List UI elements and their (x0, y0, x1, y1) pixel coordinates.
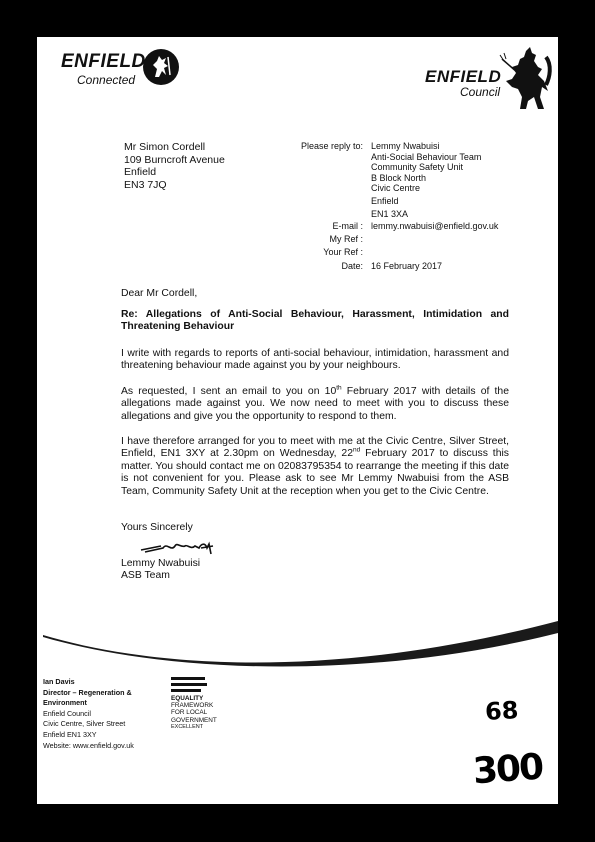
paragraph-2: As requested, I sent an email to you on … (121, 386, 509, 423)
enfield-connected-logo: ENFIELD Connected (61, 49, 201, 99)
enfield-council-logo: ENFIELD Council (420, 47, 555, 113)
recipient-name: Mr Simon Cordell (124, 141, 225, 154)
lion-rampant-icon (498, 47, 556, 113)
footer-title-2: Environment (43, 698, 132, 709)
decorative-swoosh (37, 607, 558, 677)
para2-text-a: As requested, I sent an email to you on … (121, 386, 336, 397)
handwritten-number-bottom: 300 (472, 747, 544, 793)
footer-address-2: Enfield EN1 3XY (43, 730, 132, 741)
footer-name: Ian Davis (43, 677, 132, 688)
recipient-street: 109 Burncroft Avenue (124, 154, 225, 167)
reply-to-address: Lemmy Nwabuisi Anti-Social Behaviour Tea… (371, 141, 481, 219)
footer-org: Enfield Council (43, 709, 132, 720)
equality-framework-badge: Equality Framework for Local Government … (171, 677, 217, 731)
equality-line-2: Framework (171, 702, 217, 709)
salutation: Dear Mr Cordell, (121, 288, 509, 300)
footer-address-1: Civic Centre, Silver Street (43, 719, 132, 730)
date-value: 16 February 2017 (371, 261, 442, 271)
signature-icon (139, 534, 219, 558)
my-ref-label: My Ref : (273, 234, 363, 244)
reply-building: Civic Centre (371, 183, 481, 194)
logo-right-tagline: Council (460, 85, 500, 99)
subject-line: Re: Allegations of Anti-Social Behaviour… (121, 309, 509, 334)
email-value[interactable]: lemmy.nwabuisi@enfield.gov.uk (371, 221, 498, 231)
footer-website[interactable]: Website: www.enfield.gov.uk (43, 741, 134, 750)
logo-left-tagline: Connected (77, 73, 135, 87)
signatory-team: ASB Team (121, 570, 509, 582)
recipient-address: Mr Simon Cordell 109 Burncroft Avenue En… (124, 141, 225, 191)
reply-town: Enfield (371, 196, 481, 207)
equality-line-4: Government (171, 717, 217, 724)
equality-bars-icon (171, 677, 207, 692)
reply-team: Anti-Social Behaviour Team (371, 152, 481, 163)
logo-left-brand: ENFIELD (61, 51, 146, 73)
paragraph-3: I have therefore arranged for you to mee… (121, 436, 509, 498)
closing: Yours Sincerely (121, 522, 509, 534)
footer-title-1: Director – Regeneration & (43, 688, 132, 699)
signatory-name: Lemmy Nwabuisi (121, 558, 509, 570)
letter-page: ENFIELD Connected ENFIELD Council Mr Sim… (37, 37, 558, 804)
equality-line-3: for Local (171, 709, 217, 716)
reply-block: B Block North (371, 173, 481, 184)
footer-contact: Ian Davis Director – Regeneration & Envi… (43, 677, 132, 740)
equality-line-1: Equality (171, 695, 217, 702)
logo-right-brand: ENFIELD (425, 67, 501, 87)
email-label: E-mail : (273, 221, 363, 231)
paragraph-1: I write with regards to reports of anti-… (121, 348, 509, 373)
recipient-postcode: EN3 7JQ (124, 179, 225, 192)
reply-unit: Community Safety Unit (371, 162, 481, 173)
handwritten-number-top: 68 (484, 696, 519, 726)
reply-to-label: Please reply to: (273, 141, 363, 151)
reply-name: Lemmy Nwabuisi (371, 141, 481, 152)
lion-crest-icon (143, 49, 179, 85)
recipient-town: Enfield (124, 166, 225, 179)
reply-postcode: EN1 3XA (371, 209, 481, 220)
date-label: Date: (273, 261, 363, 271)
equality-line-5: Excellent (171, 724, 217, 731)
your-ref-label: Your Ref : (273, 247, 363, 257)
